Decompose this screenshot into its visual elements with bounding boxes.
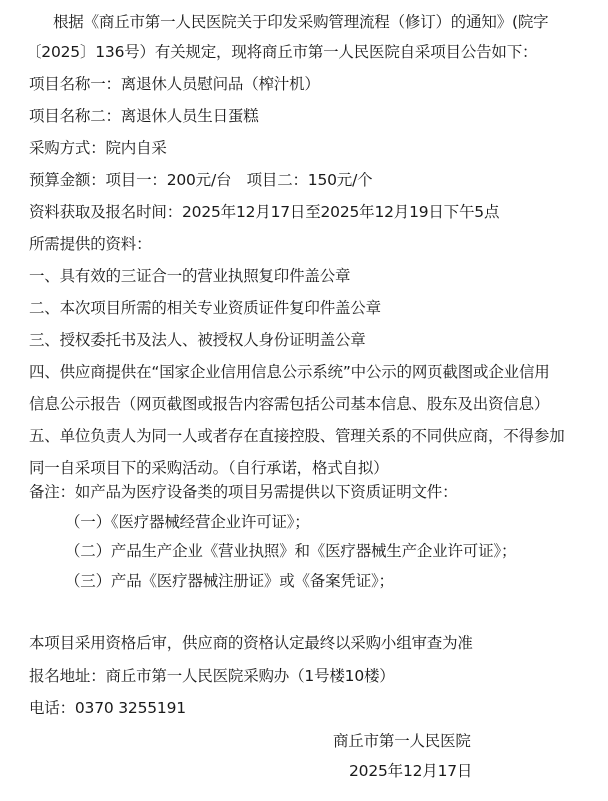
announcement-document: 根据《商丘市第一人民医院关于印发采购管理流程（修订）的通知》(院字 〔2025〕…: [0, 0, 608, 801]
procurement-method: 采购方式：院内自采: [29, 138, 167, 158]
phone: 电话：0370 3255191: [29, 698, 186, 718]
budget: 预算金额：项目一：200元/台 项目二：150元/个: [29, 170, 372, 190]
registration-time: 资料获取及报名时间：2025年12月17日至2025年12月19日下午5点: [29, 202, 499, 222]
remarks-heading: 备注：如产品为医疗设备类的项目另需提供以下资质证明文件：: [29, 482, 457, 502]
required-item-5-line-2: 同一自采项目下的采购活动。（自行承诺，格式自拟）: [29, 458, 388, 478]
required-item-4-line-2: 信息公示报告（网页截图或报告内容需包括公司基本信息、股东及出资信息）: [29, 394, 549, 414]
remarks-item-2: （二）产品生产企业《营业执照》和《医疗器械生产企业许可证》；: [65, 541, 516, 561]
required-item-5-line-1: 五、单位负责人为同一人或者存在直接控股、管理关系的不同供应商，不得参加: [29, 426, 565, 446]
remarks-item-1: （一）《医疗器械经营企业许可证》；: [65, 512, 310, 532]
required-item-1: 一、具有效的三证合一的营业执照复印件盖公章: [29, 266, 350, 286]
required-materials-heading: 所需提供的资料：: [29, 234, 151, 254]
required-item-2: 二、本次项目所需的相关专业资质证件复印件盖公章: [29, 298, 381, 318]
signature-date: 2025年12月17日: [349, 761, 472, 781]
review-note: 本项目采用资格后审，供应商的资格认定最终以采购小组审查为准: [29, 633, 473, 653]
intro-line-2: 〔2025〕136号）有关规定，现将商丘市第一人民医院自采项目公告如下：: [26, 42, 537, 62]
intro-line-1: 根据《商丘市第一人民医院关于印发采购管理流程（修订）的通知》(院字: [53, 12, 548, 32]
project-name-2: 项目名称二：离退休人员生日蛋糕: [29, 106, 259, 126]
signature-organization: 商丘市第一人民医院: [333, 731, 471, 751]
required-item-4-line-1: 四、供应商提供在“国家企业信用信息公示系统”中公示的网页截图或企业信用: [29, 362, 550, 382]
remarks-item-3: （三）产品《医疗器械注册证》或《备案凭证》；: [65, 571, 394, 591]
project-name-1: 项目名称一：离退休人员慰问品（榨汁机）: [29, 74, 320, 94]
required-item-3: 三、授权委托书及法人、被授权人身份证明盖公章: [29, 330, 366, 350]
registration-address: 报名地址：商丘市第一人民医院采购办（1号楼10楼）: [29, 666, 395, 686]
